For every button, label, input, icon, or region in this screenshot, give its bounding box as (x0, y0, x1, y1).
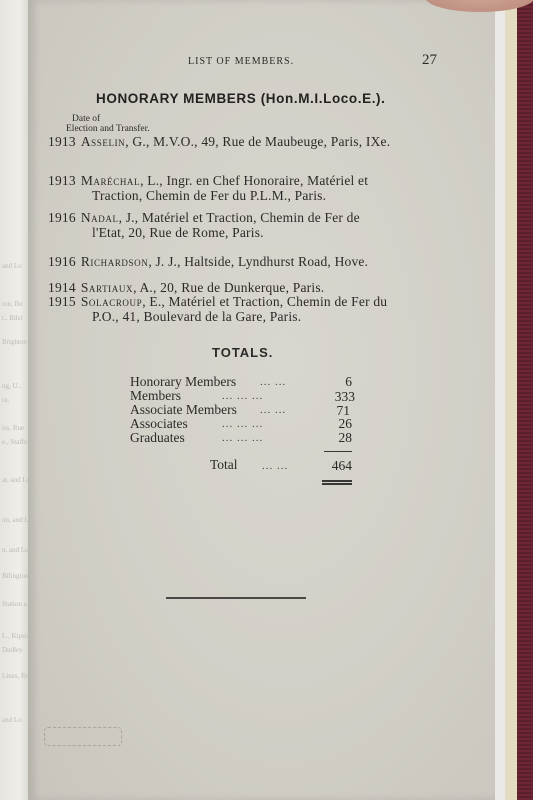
leader-dots: ... ... ... (222, 432, 263, 444)
member-name: Sartiaux (81, 280, 133, 295)
double-rule-bottom (322, 483, 352, 485)
ghost-text: ng, U., (2, 382, 21, 390)
member-name: Maréchal (81, 173, 140, 188)
sum-rule (324, 451, 352, 452)
member-details: , A., 20, Rue de Dunkerque, Paris. (133, 280, 324, 295)
running-head: LIST OF MEMBERS. (188, 56, 294, 67)
member-details: , G., M.V.O., 49, Rue de Maubeuge, Paris… (125, 134, 390, 149)
leader-dots: ... ... (260, 404, 286, 416)
ghost-text: ton, Bo (2, 300, 23, 308)
election-year: 1913 (48, 173, 76, 188)
leader-dots: ... ... ... (222, 418, 263, 430)
member-details-continued: l'Etat, 20, Rue de Rome, Paris. (92, 225, 264, 241)
book-cover (517, 0, 533, 800)
election-year: 1915 (48, 294, 76, 309)
page-edge (495, 0, 505, 800)
election-year: 1916 (48, 254, 76, 269)
member-entry: 1915Solacroup, E., Matériel et Traction,… (48, 294, 387, 310)
member-entry: 1916Richardson, J. J., Haltside, Lyndhur… (48, 254, 368, 270)
ghost-text: Dudley (2, 646, 23, 654)
member-details: , J. J., Haltside, Lyndhurst Road, Hove. (148, 254, 368, 269)
election-year: 1913 (48, 134, 76, 149)
member-name: Asselin (81, 134, 125, 149)
ghost-text: L., Kipsta (2, 632, 30, 640)
ghost-text: and Lo (2, 262, 22, 270)
page-number: 27 (422, 52, 437, 69)
page-block-edge (505, 0, 517, 800)
member-name: Solacroup (81, 294, 142, 309)
totals-value: 28 (312, 430, 352, 446)
leader-dots: ... ... (262, 460, 288, 472)
ghost-text: Station a (2, 600, 27, 608)
election-year: 1914 (48, 280, 76, 295)
member-name: Richardson (81, 254, 149, 269)
section-title: HONORARY MEMBERS (Hon.M.I.Loco.E.). (96, 91, 386, 106)
member-entry: 1913Maréchal, L., Ingr. en Chef Honorair… (48, 173, 368, 189)
end-rule (166, 597, 306, 599)
ghost-text: t., Bilst (2, 314, 22, 322)
member-details-continued: P.O., 41, Boulevard de la Gare, Paris. (92, 309, 301, 325)
left-page-edge: and Lo ton, Bo t., Bilst Brighton ng, U.… (0, 0, 28, 800)
ghost-text: Brighton (2, 338, 27, 346)
date-caption: Election and Transfer. (66, 124, 150, 134)
member-name: Nadal (81, 210, 119, 225)
election-year: 1916 (48, 210, 76, 225)
ghost-text: and Lo (2, 716, 22, 724)
ghost-text: n, and Lo (2, 546, 29, 554)
member-entry: 1913Asselin, G., M.V.O., 49, Rue de Maub… (48, 134, 390, 150)
member-details-continued: Traction, Chemin de Fer du P.L.M., Paris… (92, 188, 326, 204)
total-label: Total (210, 457, 238, 473)
member-details: , E., Matériel et Traction, Chemin de Fe… (142, 294, 387, 309)
ghost-text: Lines, Re (2, 672, 29, 680)
leader-dots: ... ... ... (222, 390, 263, 402)
ghost-text: iss, Rue (2, 424, 24, 432)
double-rule-top (322, 480, 352, 482)
total-value: 464 (312, 458, 352, 474)
totals-label: Graduates (130, 430, 185, 446)
book-spread: and Lo ton, Bo t., Bilst Brighton ng, U.… (0, 0, 533, 800)
ghost-text: at, and Lo (2, 476, 30, 484)
member-details: , L., Ingr. en Chef Honoraire, Matériel … (140, 173, 368, 188)
ghost-text: ra. (2, 396, 9, 404)
member-details: , J., Matériel et Traction, Chemin de Fe… (119, 210, 360, 225)
leader-dots: ... ... (260, 376, 286, 388)
member-entry: 1916Nadal, J., Matériel et Traction, Che… (48, 210, 360, 226)
date-caption: Date of (72, 114, 100, 124)
totals-value: 6 (312, 374, 352, 390)
totals-title: TOTALS. (212, 345, 273, 360)
library-stamp (44, 727, 122, 746)
